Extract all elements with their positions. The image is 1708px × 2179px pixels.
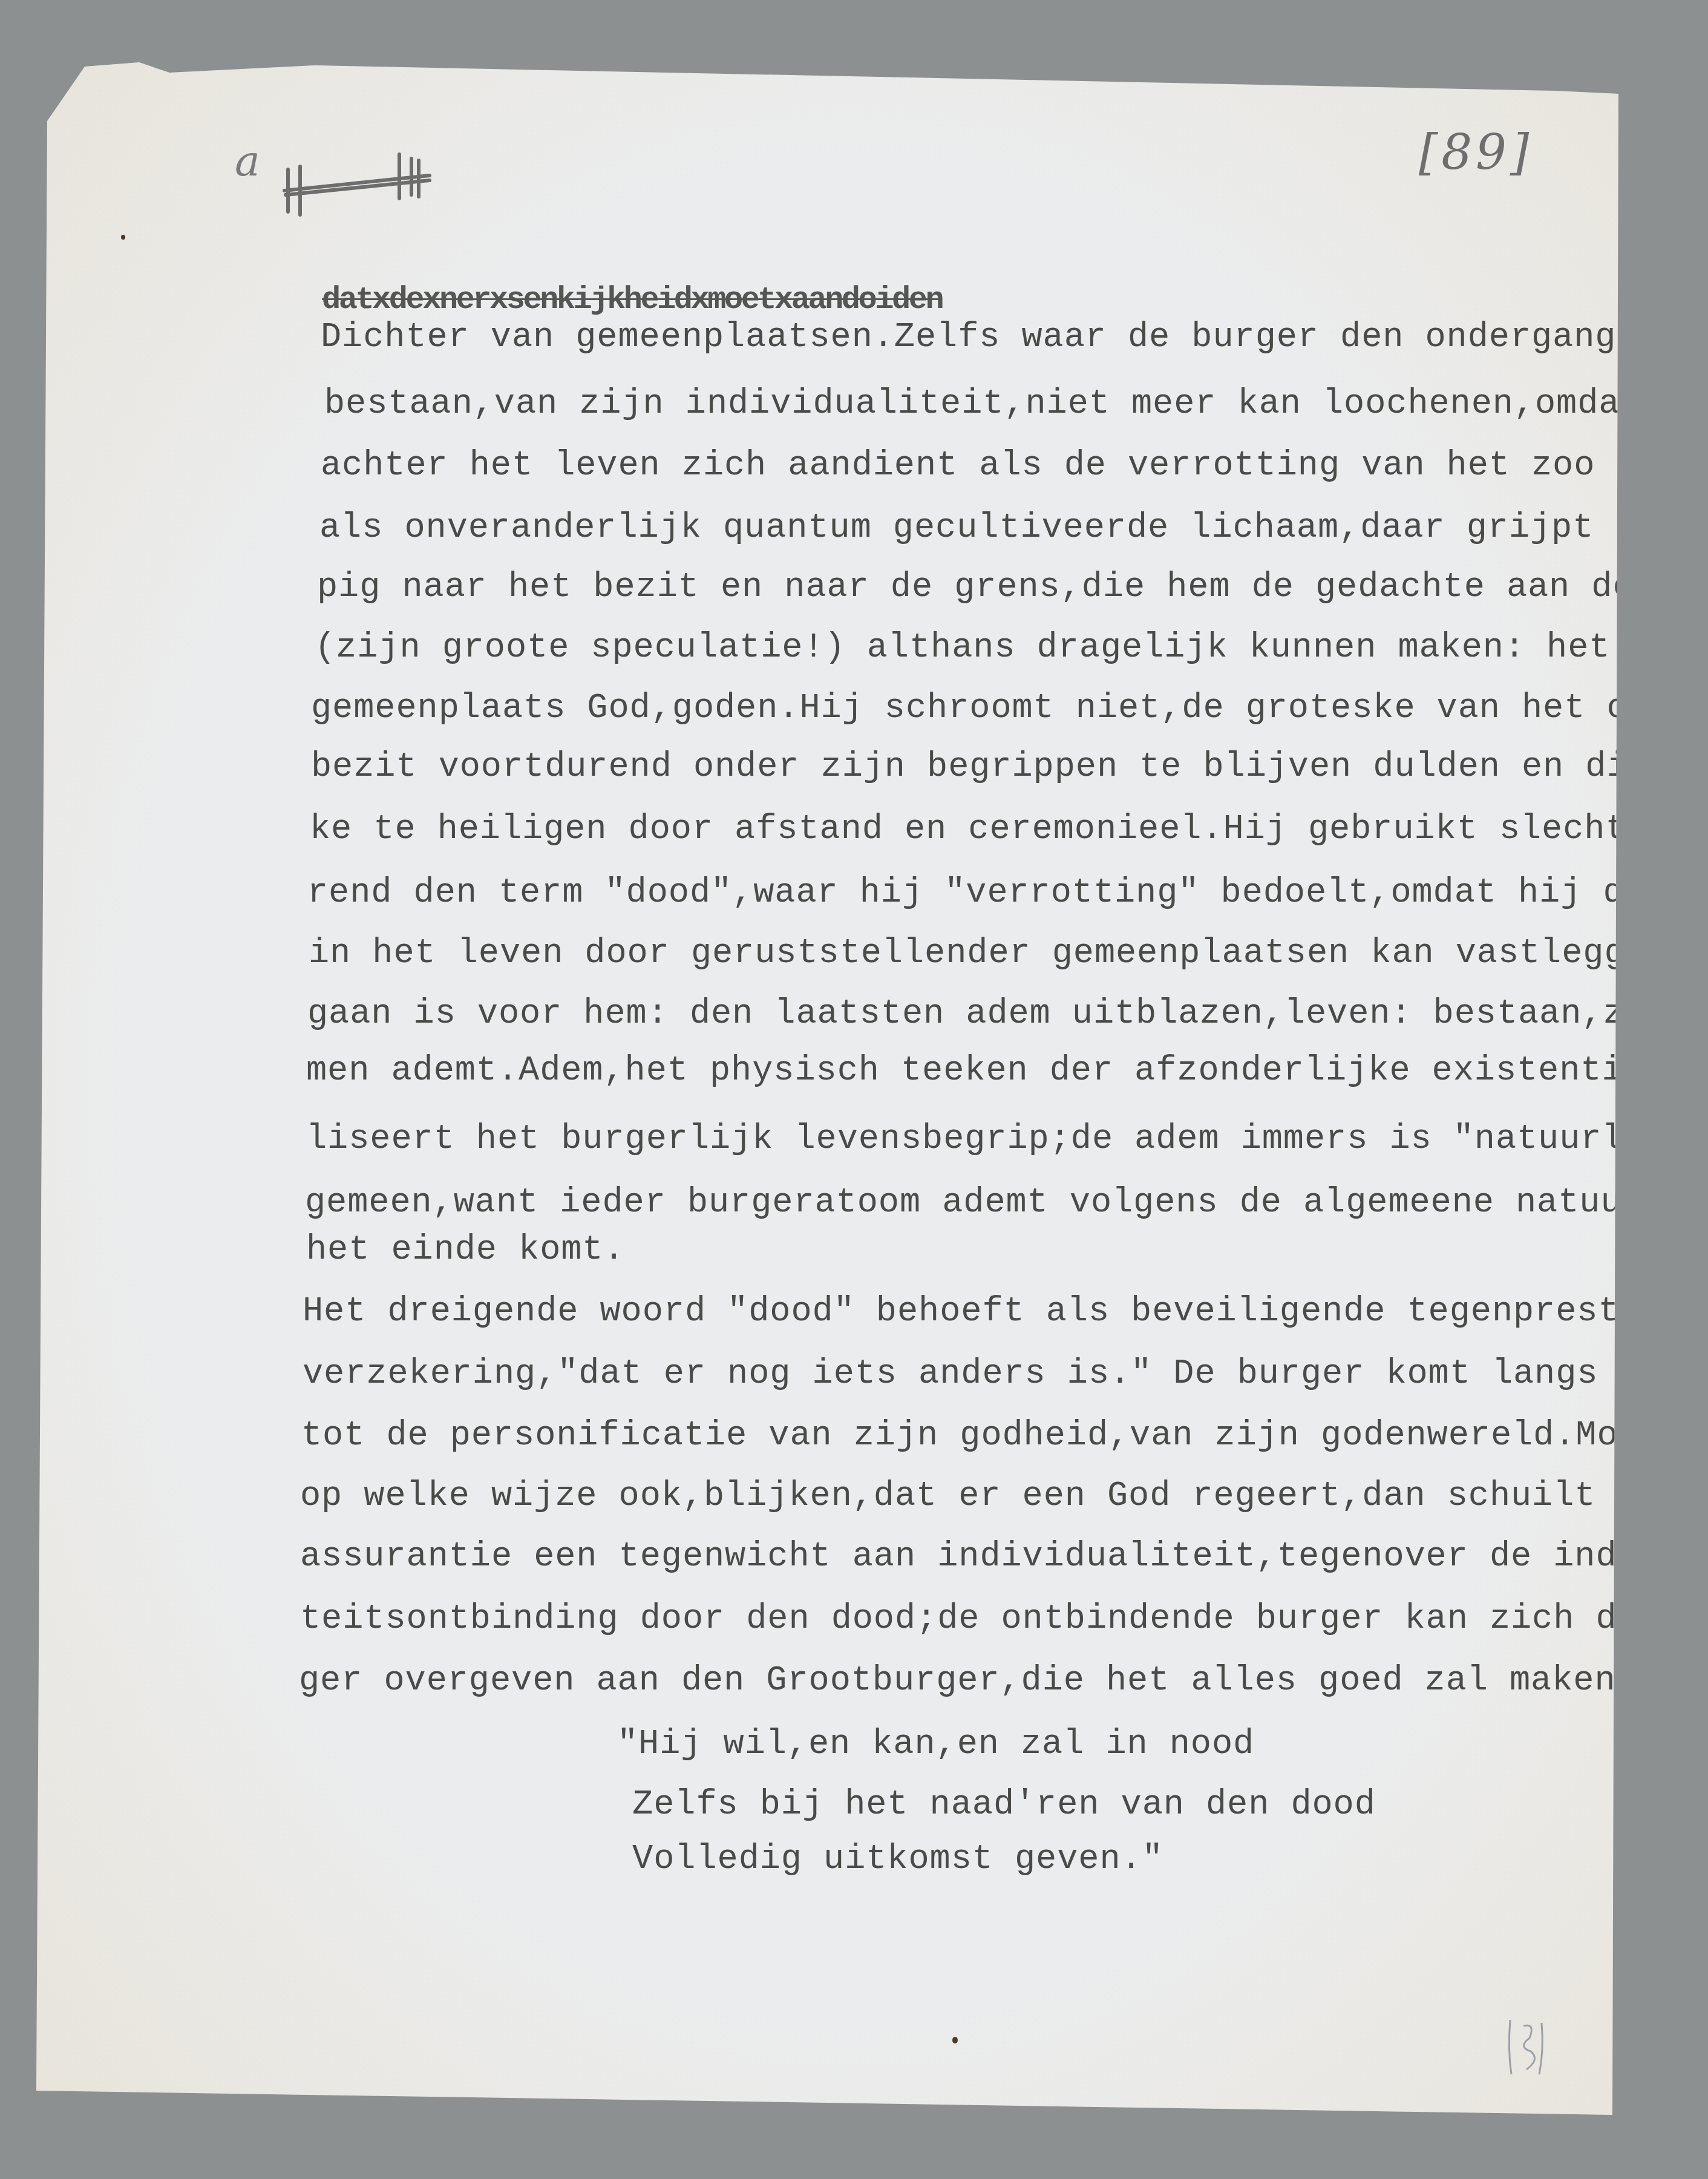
ink-speck <box>121 235 125 240</box>
body-line: ke te heiligen door afstand en ceremonie… <box>310 813 1708 847</box>
deleted-typed-line: datxdexnerxsenkijkheidxmoetxaandoiden <box>322 284 942 316</box>
body-line: men ademt.Adem,het physisch teeken der a… <box>306 1054 1708 1089</box>
body-line: Dichter van gemeenplaatsen.Zelfs waar de… <box>321 321 1708 355</box>
body-line: pig naar het bezit en naar de grens,die … <box>317 571 1708 605</box>
verse-line: Volledig uitkomst geven." <box>611 1843 1163 1877</box>
body-line: verzekering,"dat er nog iets anders is."… <box>303 1357 1708 1392</box>
body-line: in het leven door geruststellender gemee… <box>309 937 1708 971</box>
body-line: liseert het burgerlijk levensbegrip;de a… <box>306 1122 1708 1157</box>
ink-speck <box>952 2037 958 2043</box>
body-line: gemeenplaats God,goden.Hij schroomt niet… <box>311 692 1708 726</box>
body-line: als onveranderlijk quantum gecultiveerde… <box>319 511 1708 546</box>
body-line: (zijn groote speculatie!) althans dragel… <box>315 631 1708 666</box>
pencil-letter-annotation: a <box>235 136 260 186</box>
page-number-annotation: [89] <box>1419 124 1533 180</box>
body-line: assurantie een tegenwicht aan individual… <box>300 1540 1708 1574</box>
manuscript-page: a [89] datxdexnerxsenkijkheidxmoetxaando… <box>0 0 1708 2179</box>
body-line: tot de personificatie van zijn godheid,v… <box>301 1419 1708 1453</box>
body-line: bestaan,van zijn individualiteit,niet me… <box>324 387 1708 422</box>
body-line: teitsontbinding door den dood;de ontbind… <box>300 1602 1708 1637</box>
verse-line: "Hij wil,en kan,en zal in nood <box>617 1728 1254 1762</box>
body-line: ger overgeven aan den Grootburger,die he… <box>299 1664 1637 1699</box>
body-line: het einde komt. <box>306 1233 625 1268</box>
body-line: Het dreigende woord "dood" behoeft als b… <box>303 1295 1708 1329</box>
body-line: rend den term "dood",waar hij "verrottin… <box>307 876 1708 911</box>
archive-stamp-mark <box>1505 2014 1548 2080</box>
body-line: achter het leven zich aandient als de ve… <box>321 449 1708 483</box>
verse-line: Zelfs bij het naad'ren van den dood <box>611 1788 1376 1823</box>
body-line: bezit voortdurend onder zijn begrippen t… <box>311 750 1708 785</box>
body-line: gemeen,want ieder burgeratoom ademt volg… <box>305 1186 1708 1221</box>
body-line: gaan is voor hem: den laatsten adem uitb… <box>307 997 1708 1032</box>
pencil-crossed-h-mark <box>278 151 442 218</box>
body-line: op welke wijze ook,blijken,dat er een Go… <box>300 1479 1708 1514</box>
